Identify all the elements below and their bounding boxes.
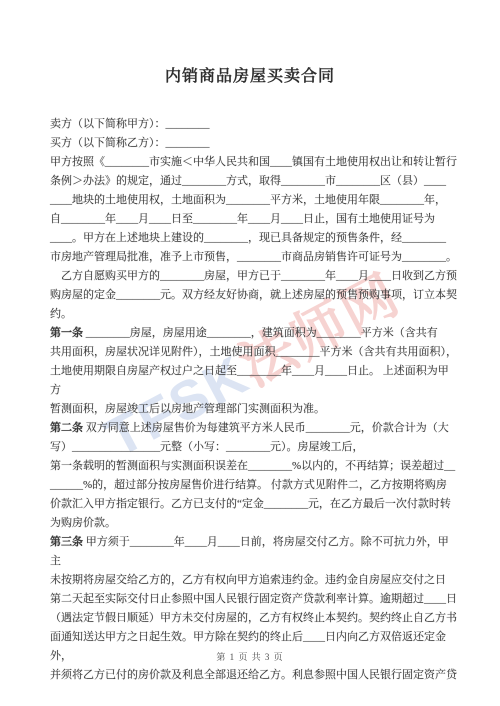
document-line: ____地块的土地使用权，土地面积为________平方米，土地使用年限____… [50, 191, 458, 210]
document-line: 并须将乙方已付的房价款及利息全部退还给乙方。利息参照中国人民银行固定资产贷 [50, 666, 458, 685]
document-line: 土地使用期限自房屋产权过户之日起至________年____月____日止。 上… [50, 362, 458, 400]
page-footer: 第 1 页 共 3 页 [0, 650, 500, 663]
document-line: 未按期将房屋交给乙方的，乙方有权向甲方追索违约金。违约金自房屋应交付之日 [50, 571, 458, 590]
document-line: 暂测面积，房屋竣工后以房地产管理部门实测面积为准。 [50, 400, 458, 419]
document-line: ______%的，超过部分按房屋售价进行结算。 付款方式见附件二，乙方按期将购房 [50, 476, 458, 495]
document-line: 乙方自愿购买甲方的________房屋，甲方已于________年____月__… [50, 267, 458, 286]
contract-page: TFSK法师网 内销商品房屋买卖合同 卖方（以下简称甲方）：________买方… [0, 0, 500, 706]
document-line: 条例＞办法》的规定，通过________方式，取得________市______… [50, 172, 458, 191]
document-line: 第二条 双方同意上述房屋售价为每建筑平方米人民币________元，价款合计为（… [50, 419, 458, 438]
document-line: 共用面积，房屋状况详见附件），土地使用面积________平方米（含共有共用面积… [50, 343, 458, 362]
clause-number: 第三条 [50, 536, 83, 548]
clause-number: 第二条 [50, 422, 83, 434]
document-line: 价款汇入甲方指定银行。乙方已支付的“定金________元，在乙方最后一次付款时… [50, 495, 458, 514]
document-line: （遇法定节假日顺延）甲方未交付房屋的，乙方有权终止本契约。契约终止自乙方书 [50, 609, 458, 628]
document-line: 为购房价款。 [50, 514, 458, 533]
document-line: ____。甲方在上述地块上建设的________，现已具备规定的预售条件，经__… [50, 229, 458, 248]
document-line: 自________年____月____日至________年____月____日… [50, 210, 458, 229]
document-line: 市房地产管理局批准，准予上市预售，________市商品房销售许可证号为____… [50, 248, 458, 267]
document-line: 甲方按照《________市实施＜中华人民共和国____镇国有土地使用权出让和转… [50, 153, 458, 172]
document-line: 第三条 甲方须于________年____月____日前，将房屋交付乙方。除不可… [50, 533, 458, 571]
document-title: 内销商品房屋买卖合同 [0, 63, 500, 86]
document-line: 第二天起至实际交付日止参照中国人民银行固定资产贷款利率计算。逾期超过____日 [50, 590, 458, 609]
document-line: 第一条载明的暂测面积与实测面积误差在________%以内的，不再结算；误差超过… [50, 457, 458, 476]
document-line: 第一条 ________房屋，房屋用途________，建筑面积为_______… [50, 324, 458, 343]
document-line: 约。 [50, 305, 458, 324]
document-line: 购房屋的定金________元。双方经友好协商，就上述房屋的预售预购事项，订立本… [50, 286, 458, 305]
clause-number: 第一条 [50, 327, 83, 339]
document-line: 卖方（以下简称甲方）：________ [50, 115, 458, 134]
document-body: 卖方（以下简称甲方）：________买方（以下简称乙方）：________甲方… [50, 115, 458, 685]
document-line: 写）________________元整（小写：________元）。房屋竣工后… [50, 438, 458, 457]
document-line: 买方（以下简称乙方）：________ [50, 134, 458, 153]
